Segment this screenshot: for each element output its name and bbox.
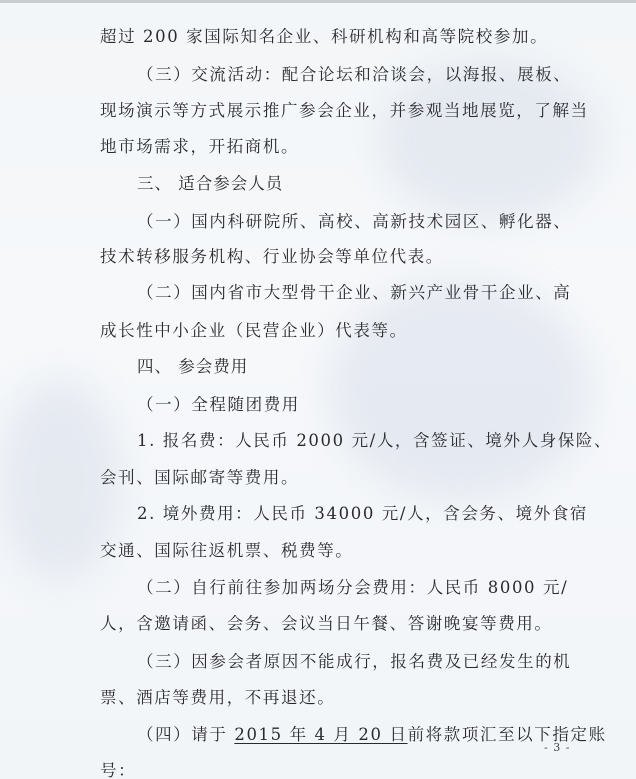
deadline-date: 2015 年 4 月 20 日 xyxy=(234,725,407,744)
section-heading-fees: 四、 参会费用 xyxy=(137,356,597,378)
deadline-prefix: （四）请于 xyxy=(137,725,234,744)
paragraph-line: 会刊、国际邮寄等费用。 xyxy=(100,467,560,489)
deadline-suffix: 前将款项汇至以下指定账 xyxy=(408,725,607,744)
paragraph-line: （二）自行前往参加两场分会费用：人民币 8000 元/ xyxy=(137,577,557,599)
paragraph-line: （一）全程随团费用 xyxy=(137,394,557,416)
paragraph-line: 超过 200 家国际知名企业、科研机构和高等院校参加。 xyxy=(100,26,560,48)
paragraph-line: 交通、国际往返机票、税费等。 xyxy=(100,540,560,562)
paragraph-line: 票、酒店等费用，不再退还。 xyxy=(100,687,560,709)
paragraph-line: 现场演示等方式展示推广参会企业，并参观当地展览，了解当 xyxy=(100,100,560,122)
paragraph-line: （一）国内科研院所、高校、高新技术园区、孵化器、 xyxy=(137,211,557,233)
paragraph-line: 号： xyxy=(100,760,560,779)
document-page: 超过 200 家国际知名企业、科研机构和高等院校参加。 （三）交流活动：配合论坛… xyxy=(0,0,636,779)
paragraph-line: （三）因参会者原因不能成行，报名费及已经发生的机 xyxy=(137,651,557,673)
paragraph-line: （三）交流活动：配合论坛和洽谈会，以海报、展板、 xyxy=(137,64,557,86)
paragraph-line: 成长性中小企业（民营企业）代表等。 xyxy=(100,320,560,342)
paragraph-line: 技术转移服务机构、行业协会等单位代表。 xyxy=(100,246,560,268)
page-number: - 3 - xyxy=(544,741,570,754)
payment-deadline-line: （四）请于 2015 年 4 月 20 日前将款项汇至以下指定账 xyxy=(137,724,557,746)
section-heading-attendees: 三、 适合参会人员 xyxy=(137,173,597,195)
paragraph-line: 1. 报名费：人民币 2000 元/人，含签证、境外人身保险、 xyxy=(137,430,557,452)
paragraph-line: （二）国内省市大型骨干企业、新兴产业骨干企业、高 xyxy=(137,282,557,304)
paragraph-line: 地市场需求，开拓商机。 xyxy=(100,136,560,158)
paragraph-line: 人，含邀请函、会务、会议当日午餐、答谢晚宴等费用。 xyxy=(100,613,560,635)
paragraph-line: 2. 境外费用：人民币 34000 元/人，含会务、境外食宿 xyxy=(137,503,557,525)
